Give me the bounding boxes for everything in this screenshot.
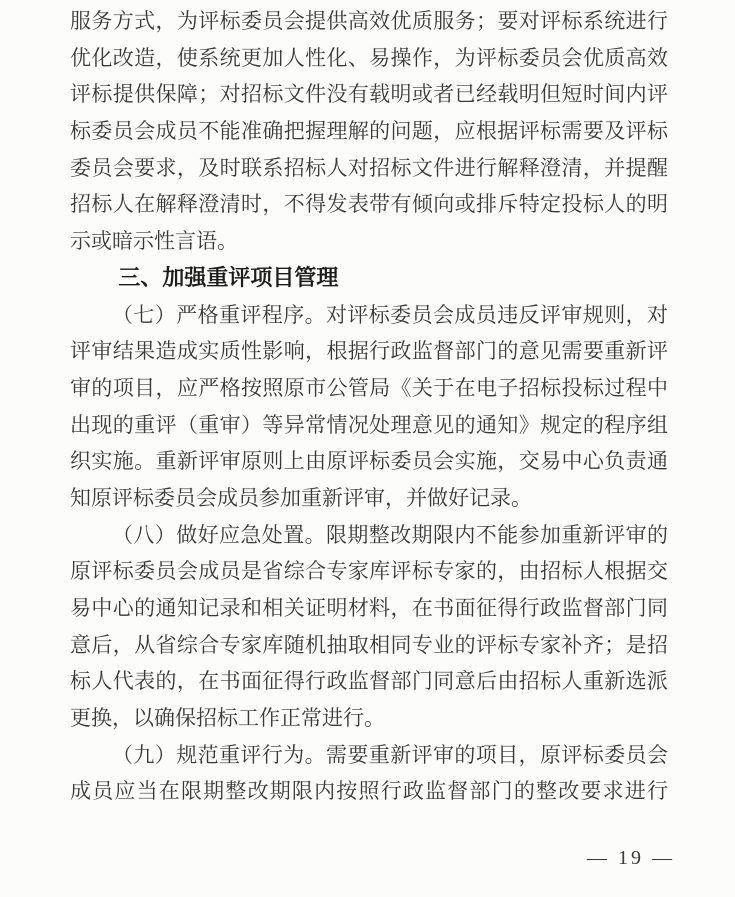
text-line: 示或暗示性言语。 [70, 223, 668, 260]
text-line: 织实施。重新评审原则上由原评标委员会实施，交易中心负责通 [70, 443, 668, 480]
text-line: 成员应当在限期整改期限内按照行政监督部门的整改要求进行 [70, 773, 668, 810]
text-line: 原评标委员会成员是省综合专家库评标专家的，由招标人根据交 [70, 553, 668, 590]
text-line: （八）做好应急处置。限期整改期限内不能参加重新评审的 [70, 517, 668, 554]
section-heading: 三、加强重评项目管理 [70, 260, 668, 297]
text-line: 评审结果造成实质性影响，根据行政监督部门的意见需要重新评 [70, 333, 668, 370]
text-line: 审的项目，应严格按照原市公管局《关于在电子招标投标过程中 [70, 370, 668, 407]
text-line: 标委员会成员不能准确把握理解的问题，应根据评标需要及评标 [70, 113, 668, 150]
text-line: 出现的重评（重审）等异常情况处理意见的通知》规定的程序组 [70, 407, 668, 444]
text-line: 更换，以确保招标工作正常进行。 [70, 700, 668, 737]
page-number: — 19 — [587, 847, 675, 870]
text-line: 优化改造，使系统更加人性化、易操作，为评标委员会优质高效 [70, 40, 668, 77]
text-line: 意后，从省综合专家库随机抽取相同专业的评标专家补齐；是招 [70, 627, 668, 664]
text-line: （九）规范重评行为。需要重新评审的项目，原评标委员会 [70, 737, 668, 774]
document-body: 服务方式，为评标委员会提供高效优质服务；要对评标系统进行优化改造，使系统更加人性… [70, 3, 668, 810]
text-line: 招标人在解释澄清时，不得发表带有倾向或排斥特定投标人的明 [70, 186, 668, 223]
text-line: 委员会要求，及时联系招标人对招标文件进行解释澄清，并提醒 [70, 150, 668, 187]
text-line: 评标提供保障；对招标文件没有载明或者已经载明但短时间内评 [70, 76, 668, 113]
text-line: （七）严格重评程序。对评标委员会成员违反评审规则，对 [70, 297, 668, 334]
document-page: 服务方式，为评标委员会提供高效优质服务；要对评标系统进行优化改造，使系统更加人性… [0, 0, 735, 897]
text-line: 易中心的通知记录和相关证明材料，在书面征得行政监督部门同 [70, 590, 668, 627]
text-line: 知原评标委员会成员参加重新评审，并做好记录。 [70, 480, 668, 517]
text-line: 服务方式，为评标委员会提供高效优质服务；要对评标系统进行 [70, 3, 668, 40]
text-line: 标人代表的，在书面征得行政监督部门同意后由招标人重新选派 [70, 663, 668, 700]
